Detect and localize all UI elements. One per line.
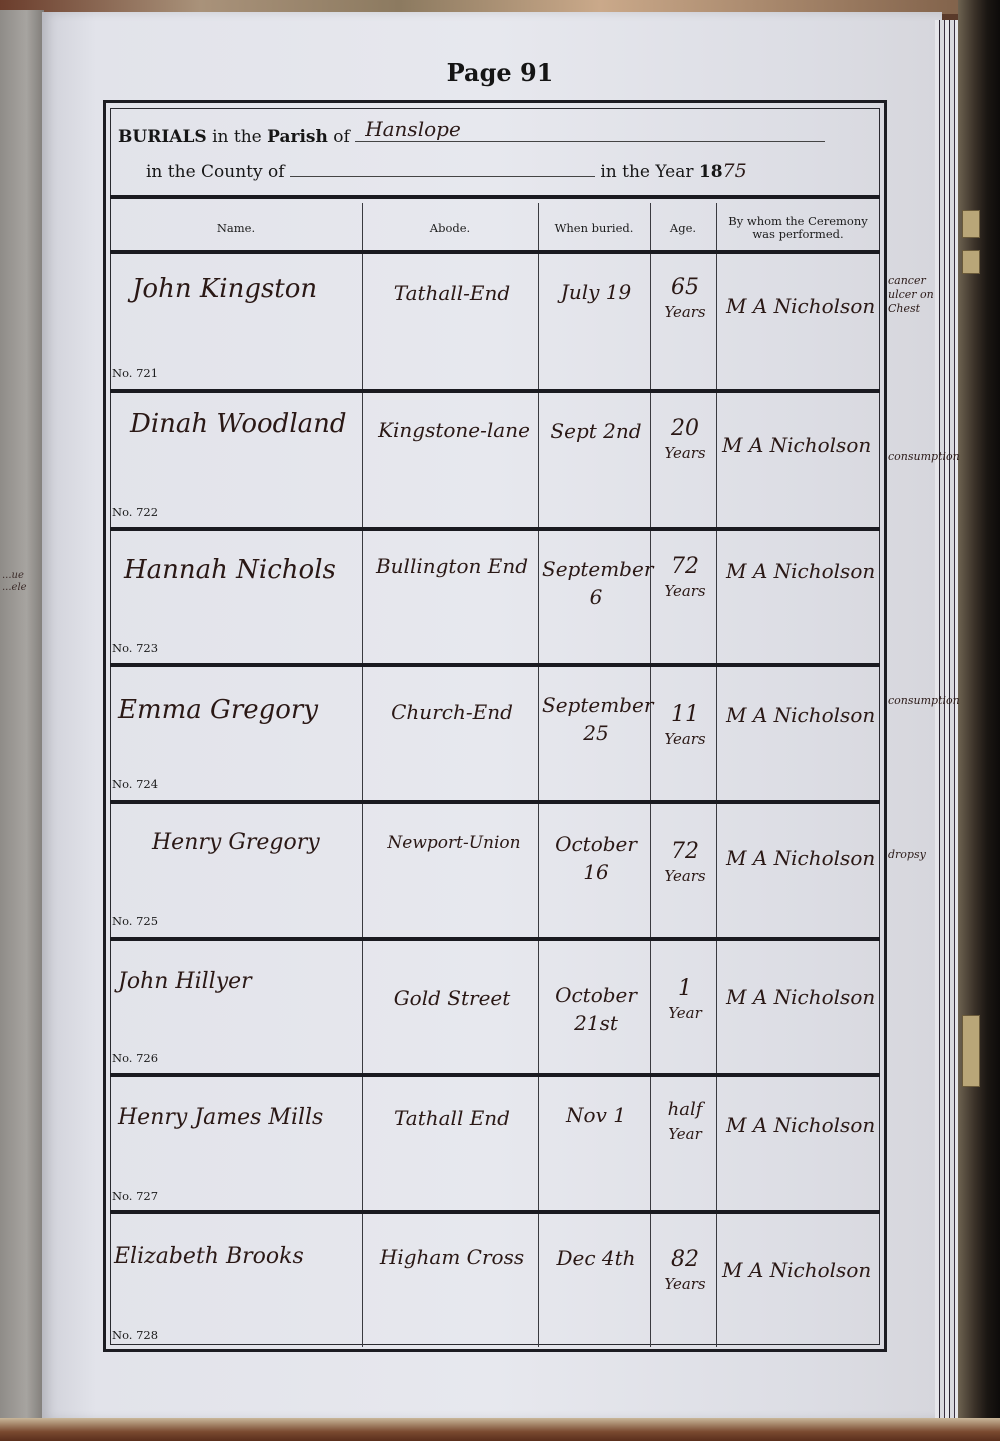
age-value: 1 <box>678 976 692 1001</box>
entry-number: No. 722 <box>112 505 158 519</box>
age-unit: Years <box>654 300 716 324</box>
entry-name: Emma Gregory <box>118 695 318 725</box>
column-headers: Name. Abode. When buried. Age. By whom t… <box>110 207 880 249</box>
entry-name: Dinah Woodland <box>130 409 347 439</box>
burials-label: BURIALS <box>118 127 207 147</box>
age-unit: Years <box>654 727 716 751</box>
entry-officiant: M A Nicholson <box>726 703 875 727</box>
margin-note: consumption <box>888 450 936 464</box>
age-unit: Years <box>654 1272 716 1296</box>
age-value: 72 <box>671 554 699 579</box>
age-value: 72 <box>671 839 699 864</box>
entry-age: 1Year <box>654 977 716 1025</box>
entry-number: No. 724 <box>112 777 158 791</box>
parish-value: Hanslope <box>365 117 461 141</box>
entry-number: No. 725 <box>112 914 158 928</box>
entry-age: halfYear <box>654 1097 716 1146</box>
entry-when-buried: Sept 2nd <box>542 417 650 445</box>
county-field <box>290 158 595 177</box>
entry-age: 65Years <box>654 276 716 324</box>
year-printed: 18 <box>699 162 723 182</box>
parish-field: Hanslope <box>355 123 825 142</box>
binding-tab <box>962 1015 980 1087</box>
parish-prefix: in the <box>212 127 262 147</box>
entry-age: 11Years <box>654 703 716 751</box>
entry-officiant: M A Nicholson <box>726 846 875 870</box>
margin-note: dropsy <box>888 848 936 862</box>
entry-abode: Tathall End <box>366 1105 538 1131</box>
age-unit: Year <box>654 1122 716 1146</box>
entry-name: Henry Gregory <box>152 830 320 855</box>
parish-of: of <box>333 127 350 147</box>
age-unit: Years <box>654 579 716 603</box>
column-header-name: Name. <box>110 207 362 249</box>
entry-name: Elizabeth Brooks <box>114 1244 304 1269</box>
entry-when-buried: September 25 <box>542 691 650 747</box>
entry-age: 72Years <box>654 840 716 888</box>
year-label: in the Year <box>600 162 693 182</box>
entry-when-buried: October 21st <box>542 981 650 1037</box>
age-value: half <box>668 1099 703 1120</box>
entry-officiant: M A Nicholson <box>726 1113 875 1137</box>
entry-abode: Church-End <box>366 699 538 725</box>
age-unit: Years <box>654 864 716 888</box>
year-handwritten: 75 <box>723 160 747 182</box>
left-margin-note: ...ue ...ele <box>2 570 40 594</box>
entry-when-buried: Nov 1 <box>542 1101 650 1129</box>
entry-abode: Kingstone-lane <box>366 417 542 443</box>
entry-abode: Higham Cross <box>366 1244 538 1270</box>
binding-tab <box>962 250 980 274</box>
entry-name: John Hillyer <box>118 969 252 994</box>
header-parish-line: BURIALS in the Parish of Hanslope <box>118 123 825 147</box>
entry-number: No. 727 <box>112 1189 158 1203</box>
column-header-abode: Abode. <box>362 207 538 249</box>
register-frame: BURIALS in the Parish of Hanslope in the… <box>103 100 887 1352</box>
entry-officiant: M A Nicholson <box>726 294 875 318</box>
entry-number: No. 726 <box>112 1051 158 1065</box>
county-label: in the County of <box>146 162 285 182</box>
entry-officiant: M A Nicholson <box>726 985 875 1009</box>
register-entry: Emma Gregory Church-End September 25 11Y… <box>110 667 880 800</box>
entry-number: No. 728 <box>112 1328 158 1342</box>
entry-when-buried: September 6 <box>542 555 650 611</box>
header-county-line: in the County of in the Year 1875 <box>146 158 747 182</box>
entry-when-buried: October 16 <box>542 830 650 886</box>
margin-note: cancer ulcer on Chest <box>888 274 936 316</box>
register-entry: Henry Gregory Newport-Union October 16 7… <box>110 804 880 937</box>
register-entry: Henry James Mills Tathall End Nov 1 half… <box>110 1077 880 1210</box>
parish-label: Parish <box>267 127 328 147</box>
register-entry: Elizabeth Brooks Higham Cross Dec 4th 82… <box>110 1214 880 1347</box>
age-value: 20 <box>671 416 699 441</box>
entry-number: No. 721 <box>112 366 158 380</box>
register-entry: Dinah Woodland Kingstone-lane Sept 2nd 2… <box>110 393 880 527</box>
page-title: Page 91 <box>0 58 1000 87</box>
age-value: 65 <box>671 275 699 300</box>
entry-name: Henry James Mills <box>118 1105 323 1130</box>
entry-age: 82Years <box>654 1248 716 1296</box>
year-field: 75 <box>723 162 747 182</box>
column-header-age: Age. <box>650 207 716 249</box>
entry-age: 20Years <box>654 417 716 465</box>
age-unit: Year <box>654 1001 716 1025</box>
entry-abode: Newport-Union <box>366 830 542 856</box>
entry-officiant: M A Nicholson <box>722 1258 871 1282</box>
entry-abode: Gold Street <box>366 985 538 1011</box>
register-entry: John Hillyer Gold Street October 21st 1Y… <box>110 941 880 1073</box>
entry-number: No. 723 <box>112 641 158 655</box>
age-unit: Years <box>654 441 716 465</box>
entry-officiant: M A Nicholson <box>726 559 875 583</box>
age-value: 82 <box>671 1247 699 1272</box>
header-rule <box>110 195 880 199</box>
entry-abode: Tathall-End <box>366 280 538 306</box>
desk-background-bottom <box>0 1418 1000 1441</box>
entry-officiant: M A Nicholson <box>722 433 871 457</box>
register-entry: John Kingston Tathall-End July 19 65Year… <box>110 254 880 389</box>
entry-age: 72Years <box>654 555 716 603</box>
entry-name: Hannah Nichols <box>124 555 336 585</box>
margin-note: consumption <box>888 694 936 708</box>
column-header-officiant: By whom the Ceremony was performed. <box>716 207 880 249</box>
age-value: 11 <box>671 702 699 727</box>
register-entry: Hannah Nichols Bullington End September … <box>110 531 880 663</box>
entry-abode: Bullington End <box>366 553 538 579</box>
left-facing-page: ...ue ...ele <box>0 10 44 1420</box>
entry-when-buried: July 19 <box>542 278 650 306</box>
column-header-when-buried: When buried. <box>538 207 650 249</box>
binding-tab <box>962 210 980 238</box>
entry-name: John Kingston <box>132 274 317 304</box>
entry-when-buried: Dec 4th <box>542 1244 650 1272</box>
